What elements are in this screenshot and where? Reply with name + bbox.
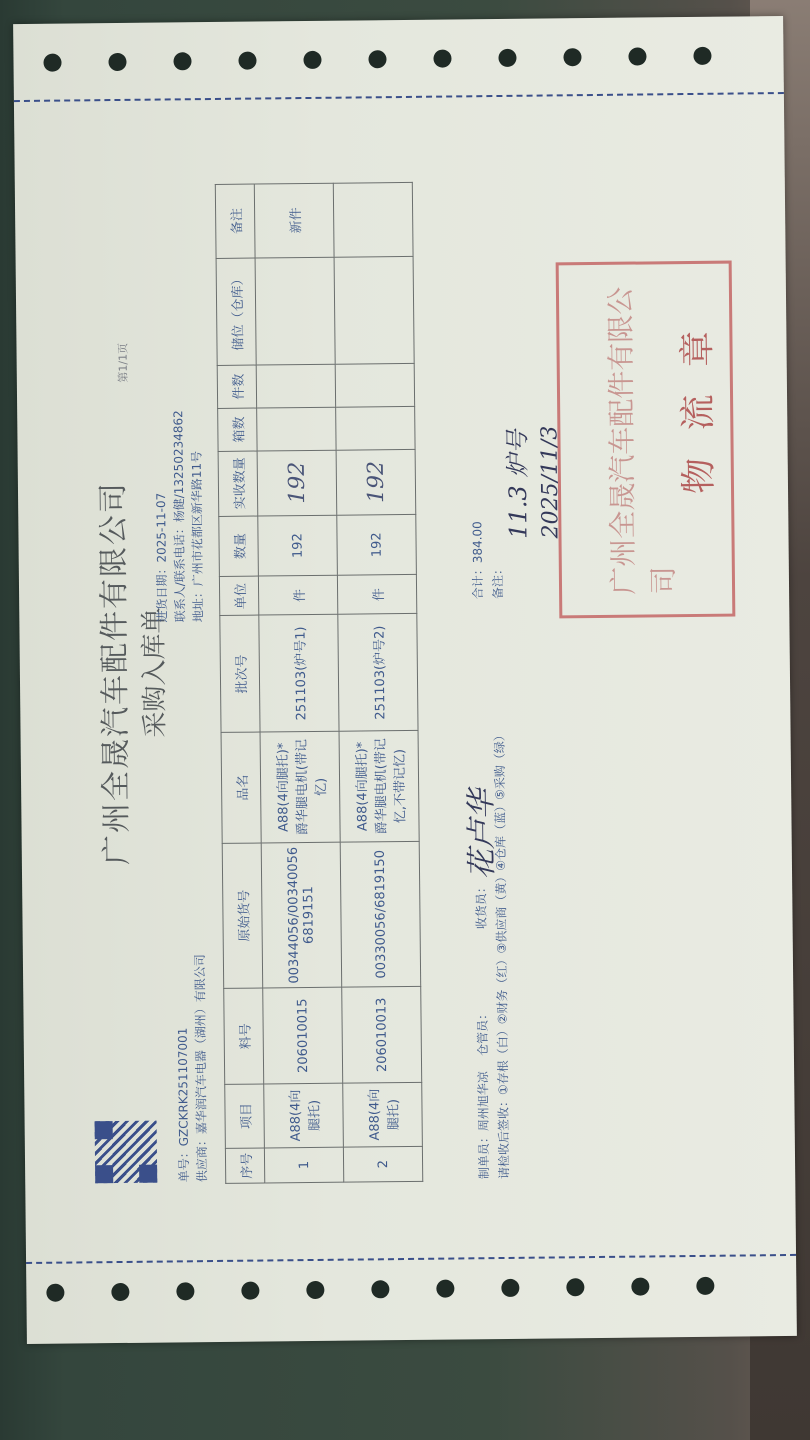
table-row: 2 A88(4向腿托) 206010013 00330056/6819150 A… [333, 182, 422, 1182]
supplier: 供应商：嘉华润汽车电器（湖州）有限公司 [191, 954, 210, 1182]
total: 合计：384.00 [468, 521, 486, 599]
perforation-bottom [26, 1266, 796, 1314]
contact: 联系人/联系电话：杨健/13250234862 [169, 410, 188, 622]
receiver-label: 收货员： [472, 881, 490, 929]
table-row: 1 A88(4向腿托) 206010015 00344056/00340056 … [254, 183, 343, 1183]
receipt-document: 单号：GZCKRK251107001 供应商：嘉华润汽车电器（湖州）有限公司 广… [54, 77, 726, 1264]
receipt-paper: 单号：GZCKRK251107001 供应商：嘉华润汽车电器（湖州）有限公司 广… [13, 16, 797, 1344]
address: 地址：广州市花都区新华路11号 [188, 451, 207, 622]
handwritten-received: 192 [336, 449, 416, 515]
handwritten-received: 192 [257, 450, 337, 516]
logistics-stamp: 广州全晟汽车配件有限公司 物 流 章 [556, 261, 736, 619]
order-number: 单号：GZCKRK251107001 [174, 1028, 193, 1183]
remarks-label: 备注： [489, 563, 506, 599]
items-table: 序号 项目 料号 原始货号 品名 批次号 单位 数量 实收数量 箱数 件数 储位… [215, 182, 423, 1184]
maker: 制单员：周州旭华凉 仓管员： [473, 1008, 492, 1179]
handwritten-note: 11.3 炉号 [497, 430, 533, 539]
page-number: 第1/1页 [114, 343, 130, 383]
receipt-date: 进货日期：2025-11-07 [152, 493, 170, 623]
receiver-signature: 花卢华 [456, 789, 501, 879]
